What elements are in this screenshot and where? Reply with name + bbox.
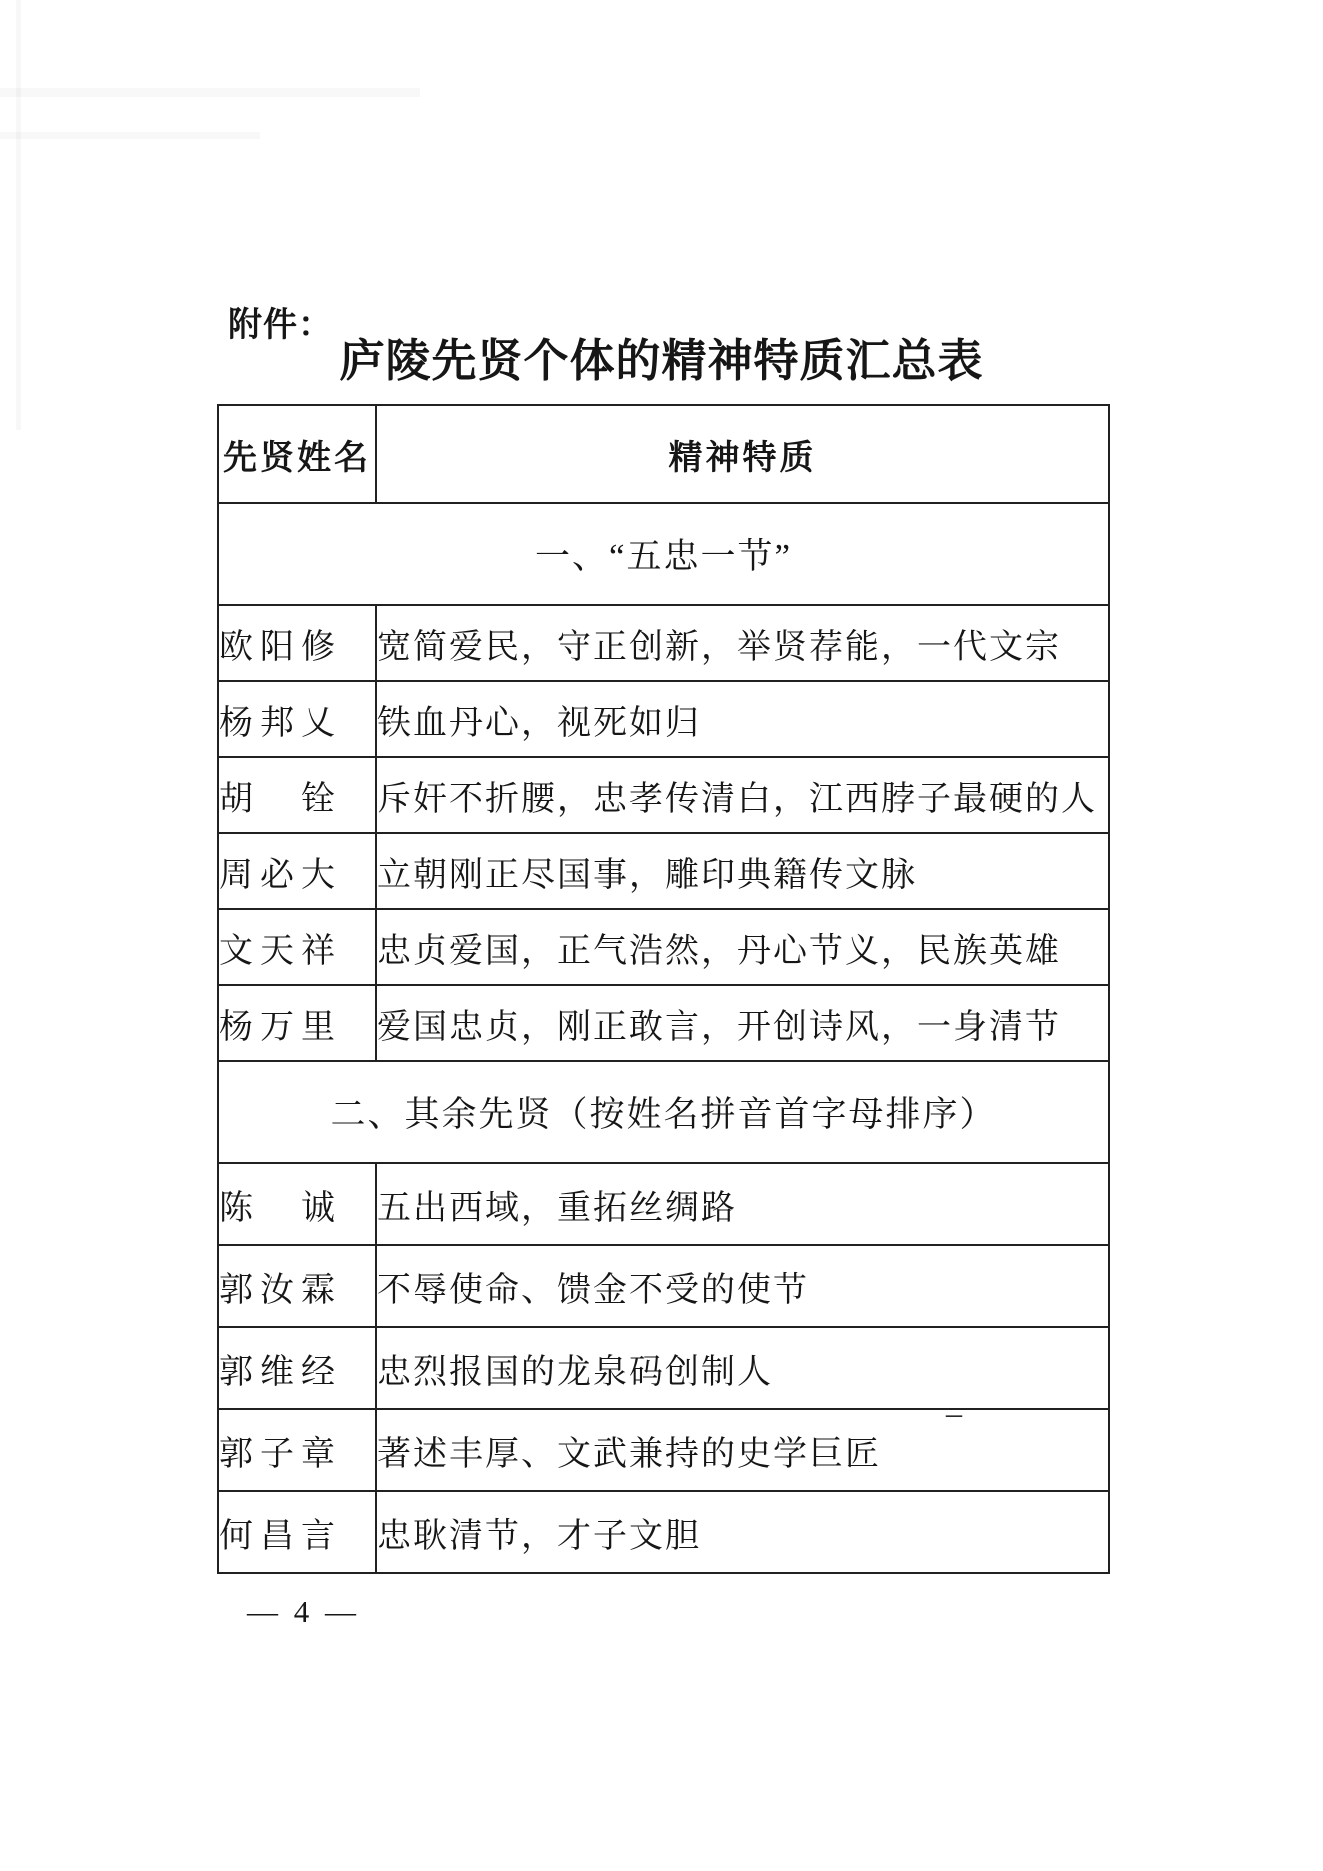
table-row: 周必大 立朝刚正尽国事，雕印典籍传文脉: [218, 833, 1109, 909]
table-row: 杨万里 爱国忠贞，刚正敢言，开创诗风，一身清节: [218, 985, 1109, 1061]
table-row: 郭汝霖 不辱使命、馈金不受的使节: [218, 1245, 1109, 1327]
table-row: 陈 诚 五出西域，重拓丝绸路: [218, 1163, 1109, 1245]
sage-name: 陈 诚: [218, 1163, 376, 1245]
column-header-trait: 精神特质: [376, 405, 1109, 503]
table-header-row: 先贤姓名 精神特质: [218, 405, 1109, 503]
sage-name: 胡 铨: [218, 757, 376, 833]
sage-traits-table: 先贤姓名 精神特质 一、“五忠一节” 欧阳修 宽简爱民，守正创新，举贤荐能，一代…: [217, 404, 1110, 1574]
sage-name: 郭维经: [218, 1327, 376, 1409]
sage-name: 文天祥: [218, 909, 376, 985]
table-row: 郭子章 著述丰厚、文武兼持的史学巨匠: [218, 1409, 1109, 1491]
sage-trait: 爱国忠贞，刚正敢言，开创诗风，一身清节: [376, 985, 1109, 1061]
table-row: 胡 铨 斥奸不折腰，忠孝传清白，江西脖子最硬的人: [218, 757, 1109, 833]
sage-trait: 宽简爱民，守正创新，举贤荐能，一代文宗: [376, 605, 1109, 681]
section-heading-row: 一、“五忠一节”: [218, 503, 1109, 605]
sage-name: 郭子章: [218, 1409, 376, 1491]
sage-name: 杨邦乂: [218, 681, 376, 757]
table-row: 杨邦乂 铁血丹心，视死如归: [218, 681, 1109, 757]
table-row: 欧阳修 宽简爱民，守正创新，举贤荐能，一代文宗: [218, 605, 1109, 681]
table-row: 文天祥 忠贞爱国，正气浩然，丹心节义，民族英雄: [218, 909, 1109, 985]
scan-artifact-dash: _: [946, 1384, 962, 1421]
sage-trait: 著述丰厚、文武兼持的史学巨匠: [376, 1409, 1109, 1491]
sage-name: 何昌言: [218, 1491, 376, 1573]
sage-trait: 铁血丹心，视死如归: [376, 681, 1109, 757]
table-row: 郭维经 忠烈报国的龙泉码创制人: [218, 1327, 1109, 1409]
sage-name: 欧阳修: [218, 605, 376, 681]
sage-name: 杨万里: [218, 985, 376, 1061]
sage-trait: 五出西域，重拓丝绸路: [376, 1163, 1109, 1245]
document-page: 附件： 庐陵先贤个体的精神特质汇总表 先贤姓名 精神特质 一、“五忠一节” 欧阳…: [0, 0, 1323, 1871]
scan-streak: [0, 132, 260, 139]
page-title: 庐陵先贤个体的精神特质汇总表: [0, 324, 1323, 389]
sage-trait: 忠贞爱国，正气浩然，丹心节义，民族英雄: [376, 909, 1109, 985]
sage-trait: 不辱使命、馈金不受的使节: [376, 1245, 1109, 1327]
sage-trait: 忠烈报国的龙泉码创制人: [376, 1327, 1109, 1409]
sage-trait: 忠耿清节，才子文胆: [376, 1491, 1109, 1573]
scan-streak: [0, 88, 420, 97]
sage-name: 郭汝霖: [218, 1245, 376, 1327]
table-row: 何昌言 忠耿清节，才子文胆: [218, 1491, 1109, 1573]
section-heading: 一、“五忠一节”: [218, 503, 1109, 605]
sage-name: 周必大: [218, 833, 376, 909]
sage-trait: 立朝刚正尽国事，雕印典籍传文脉: [376, 833, 1109, 909]
section-heading: 二、其余先贤（按姓名拼音首字母排序）: [218, 1061, 1109, 1163]
page-number: — 4 —: [247, 1594, 360, 1630]
sage-trait: 斥奸不折腰，忠孝传清白，江西脖子最硬的人: [376, 757, 1109, 833]
section-heading-row: 二、其余先贤（按姓名拼音首字母排序）: [218, 1061, 1109, 1163]
column-header-name: 先贤姓名: [218, 405, 376, 503]
